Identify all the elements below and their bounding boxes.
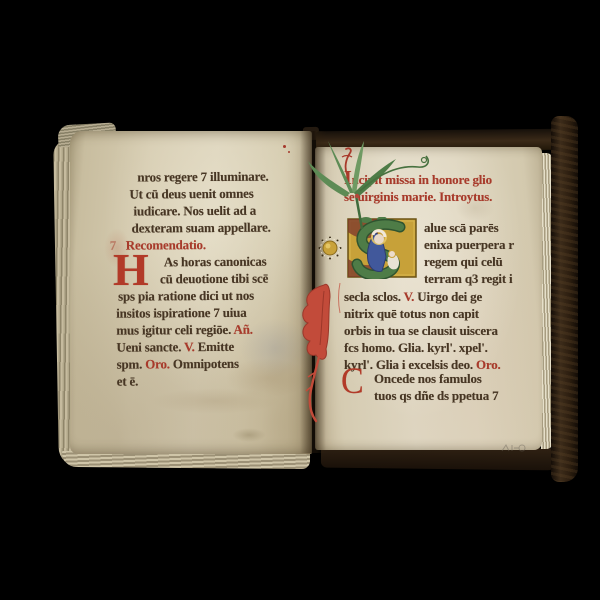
text-line: insitos ispiratione 7 uiua	[116, 303, 312, 321]
text-line: spm. Oro. Omnipotens	[117, 354, 313, 372]
text-line: mus igitur celi regiōe. Añ.	[116, 320, 312, 338]
text-line: fcs homo. Glia. kyrl'. xpel'.	[344, 339, 542, 356]
text-line: tuos qs dñe ds ppetua 7	[374, 387, 544, 404]
text-line: alue scā parēs	[424, 219, 540, 236]
show-through-smudge	[150, 388, 280, 414]
gold-besant-ornament	[316, 234, 344, 262]
text-line: Ueni sancte. V. Emitte	[116, 337, 312, 355]
rubric-initial-flourish	[338, 147, 356, 175]
parchment-stain	[232, 428, 266, 442]
text-beside-initial: alue scā parēs enixa puerpera r regem qu…	[424, 219, 540, 287]
right-page-text: secla sclos. V. Uirgo dei ge nitrix quē …	[344, 288, 542, 373]
foliate-spray-decoration	[300, 133, 435, 233]
text-line: Oncede nos famulos	[374, 370, 544, 387]
text-line: enixa puerpera r	[424, 236, 540, 253]
text-line: Ut cū deus uenit omnes	[115, 184, 311, 202]
ink-speck	[288, 151, 290, 153]
initial-c: C	[341, 364, 375, 401]
text-line: regem qui celū	[424, 253, 540, 270]
text-line: nros regere 7 illuminare.	[115, 167, 311, 185]
text-line: dexteram suam appellare.	[116, 218, 312, 236]
concede-text: Oncede nos famulos tuos qs dñe ds ppetua…	[374, 370, 544, 404]
text-line: nitrix quē totus non capit	[344, 305, 542, 322]
text-line: orbis in tua se clausit uiscera	[344, 322, 542, 339]
manuscript-photo: nros regere 7 illuminare. Ut cū deus uen…	[0, 0, 600, 600]
faint-pencil-mark	[500, 442, 532, 454]
text-line: et ē.	[117, 371, 313, 389]
leather-cover-right	[551, 116, 578, 482]
text-line: secla sclos. V. Uirgo dei ge	[344, 288, 542, 305]
text-line: terram q3 regit i	[424, 270, 540, 287]
acanthus-leaf-decoration	[294, 283, 344, 428]
ink-speck	[283, 145, 286, 148]
text-line: iudicare. Nos uelit ad a	[115, 201, 311, 219]
initial-h: H	[113, 247, 157, 293]
